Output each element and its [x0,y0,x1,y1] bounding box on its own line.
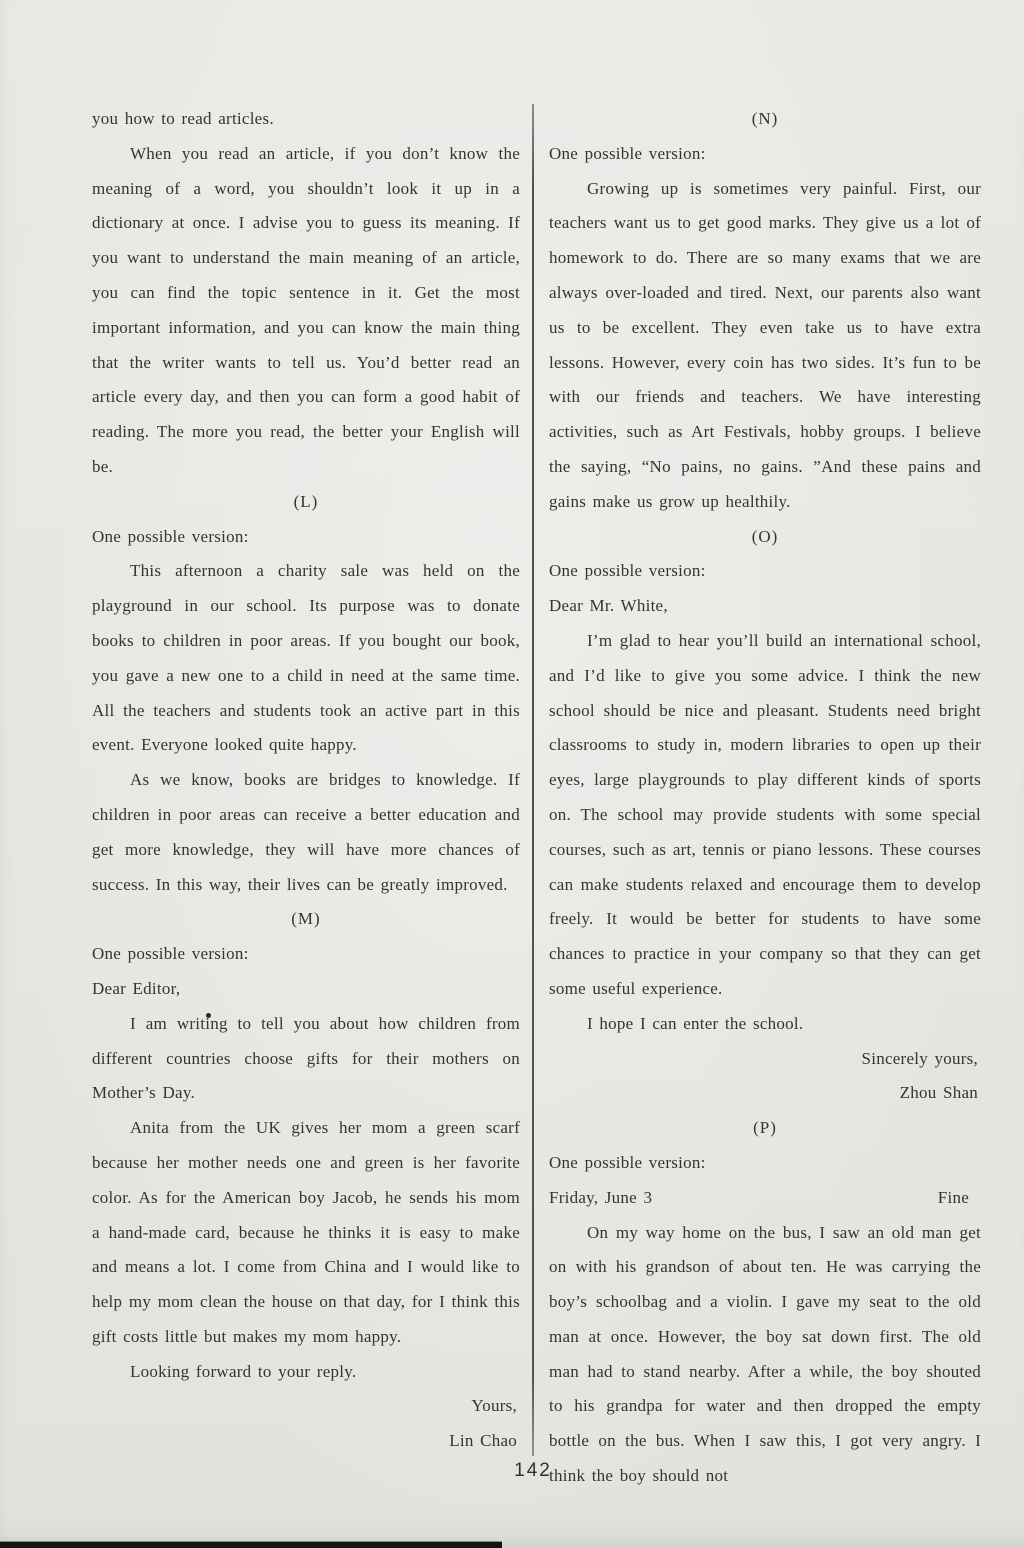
right-column: (N) One possible version: Growing up is … [549,102,981,1494]
essay-paragraph: I am writing to tell you about how child… [92,1007,520,1111]
diary-weather: Fine [938,1181,969,1216]
one-possible-version-label: One possible version: [549,1146,981,1181]
continued-text-line: you how to read articles. [92,102,520,137]
signature-name: Zhou Shan [549,1076,981,1111]
section-heading-M: (M) [92,902,520,937]
scanned-book-page: you how to read articles. When you read … [0,0,1024,1548]
one-possible-version-label: One possible version: [549,137,981,172]
section-heading-P: (P) [549,1111,981,1146]
signature-name: Lin Chao [92,1424,520,1459]
section-heading-L: (L) [92,485,520,520]
left-column: you how to read articles. When you read … [92,102,520,1459]
essay-paragraph: When you read an article, if you don’t k… [92,137,520,485]
essay-paragraph: On my way home on the bus, I saw an old … [549,1216,981,1494]
one-possible-version-label: One possible version: [549,554,981,589]
section-heading-O: (O) [549,520,981,555]
essay-paragraph: As we know, books are bridges to knowled… [92,763,520,902]
one-possible-version-label: One possible version: [92,520,520,555]
one-possible-version-label: One possible version: [92,937,520,972]
essay-paragraph: Growing up is sometimes very painful. Fi… [549,172,981,520]
scan-edge-shadow [0,1541,502,1548]
diary-date: Friday, June 3 [549,1181,652,1216]
essay-paragraph: I hope I can enter the school. [549,1007,981,1042]
essay-paragraph: Anita from the UK gives her mom a green … [92,1111,520,1355]
page-number: 142 [514,1460,552,1482]
essay-paragraph: Looking forward to your reply. [92,1355,520,1390]
emphasis-dot [206,1013,211,1018]
column-divider-rule [532,104,534,1456]
signature-closing: Sincerely yours, [549,1042,981,1077]
essay-paragraph: I’m glad to hear you’ll build an interna… [549,624,981,1007]
section-heading-N: (N) [549,102,981,137]
diary-dateline: Friday, June 3 Fine [549,1181,981,1216]
letter-salutation: Dear Mr. White, [549,589,981,624]
letter-salutation: Dear Editor, [92,972,520,1007]
signature-closing: Yours, [92,1389,520,1424]
essay-paragraph: This afternoon a charity sale was held o… [92,554,520,763]
